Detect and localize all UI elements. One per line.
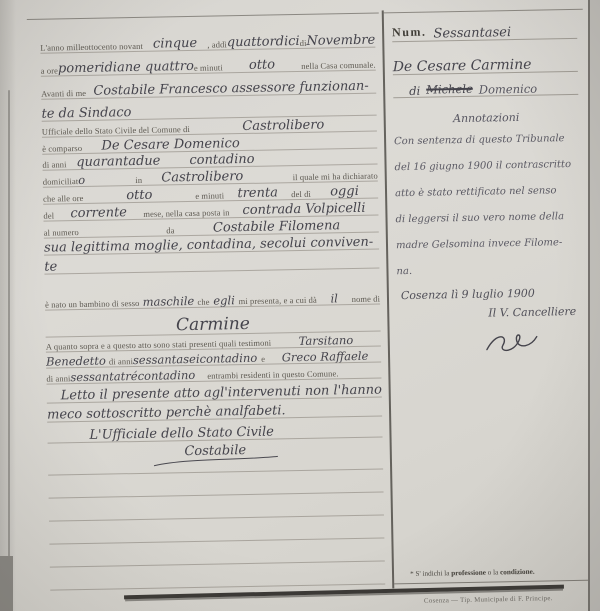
printed-text: che — [197, 297, 209, 306]
num-label: Num. — [392, 25, 427, 41]
handwritten-witness1-age: sessantasei — [133, 353, 200, 366]
printed-text: che alle ore — [43, 193, 84, 202]
clerk-signature-flourish-icon — [478, 327, 543, 358]
printed-text: Ufficiale dello Stato Civile del Comune … — [42, 124, 190, 135]
handwritten-filiation-prefix: di — [409, 85, 420, 97]
printed-text: e minuti — [195, 191, 224, 200]
printed-text: a ore — [41, 66, 58, 75]
printed-text: nella Casa comunale. — [301, 60, 376, 70]
handwritten-article: il — [317, 293, 352, 305]
empty-ruled-line — [50, 561, 385, 590]
printed-text: da — [166, 226, 174, 235]
handwritten-child-name: Carmine — [176, 316, 250, 334]
printed-text: al numero — [44, 228, 79, 237]
handwritten-birth-day: oggi — [311, 185, 378, 199]
printed-text: Avanti di me — [41, 88, 86, 97]
printed-text: del — [43, 211, 54, 220]
handwritten-minutes: otto — [223, 58, 302, 72]
scanner-margin-right — [590, 0, 600, 611]
printed-text: è comparso — [42, 143, 82, 152]
handwritten-birth-place: contrada Volpicelli — [229, 202, 378, 218]
printed-text: L'anno milleottocento novant — [40, 41, 143, 51]
handwritten-witness2-profession: contadino — [138, 369, 196, 382]
blank-space — [85, 184, 135, 185]
handwritten-witness1-surname: Tarsitano — [271, 334, 381, 348]
handwritten-month-word: corrente — [54, 206, 143, 221]
printed-text: il quale mi ha dichiarato — [293, 171, 378, 181]
footnote-bold-word: condizione. — [500, 568, 535, 577]
signature-flourish-area — [398, 326, 584, 364]
handwritten-witness1-name: Benedetto — [46, 355, 106, 368]
handwritten-official-title: te da Sindaco — [41, 106, 131, 121]
handwritten-witness1-profession: contadino — [199, 352, 257, 365]
clerk-signature: Il V. Cancelliere — [397, 305, 582, 321]
registered-name-row: De Cesare Carmine — [392, 39, 578, 75]
handwritten-declarant-name: De Cesare Domenico — [82, 137, 259, 153]
printed-text: di anni — [46, 374, 70, 383]
signature-underline-flourish-icon — [150, 455, 280, 466]
printed-text: domiciliat — [43, 177, 79, 186]
printed-text: mi presenta, e a cui dà — [238, 295, 316, 305]
printed-text: entrambi residenti in questo Comune. — [207, 369, 338, 380]
annotation-line: atto è stato rettificato nel senso — [395, 178, 580, 207]
annotation-line: madre Gelsomina invece Filome- — [396, 230, 581, 259]
printed-text: di anni — [42, 160, 66, 169]
printed-text: del dì — [291, 189, 311, 198]
handwritten-birth-hour: otto — [83, 188, 195, 203]
handwritten-act-number: Sessantasei — [433, 26, 511, 40]
footnote-text: S' indichi la — [415, 569, 449, 578]
annotation-text-block: Con sentenza di questo Tribunale del 16 … — [394, 126, 582, 285]
handwritten-month: Novembre — [306, 34, 375, 48]
footnote-bold-word: professione — [451, 569, 486, 578]
handwritten-suffix: o — [78, 174, 85, 186]
handwritten-registered-name: De Cesare Carmine — [393, 58, 532, 75]
handwritten-age: quarantadue — [66, 154, 170, 169]
printed-text: , addì — [207, 40, 227, 49]
annotation-line: del 16 giugno 1900 il contrascritto — [394, 152, 579, 181]
annotation-line: di leggersi il suo vero nome della — [395, 204, 580, 233]
act-line-newborn: è nato un bambino di sesso maschile che … — [44, 269, 380, 311]
handwritten-filiation-struck-name: Michele — [426, 83, 473, 95]
handwritten-word-end: te — [44, 260, 57, 273]
handwritten-sex: maschile — [139, 295, 197, 308]
printed-text: mese, nella casa posta in — [143, 208, 229, 218]
annotations-title: Annotazioni — [394, 110, 579, 126]
register-form: L'anno milleottocento novant cinque , ad… — [0, 0, 600, 611]
birth-act-body: L'anno milleottocento novant cinque , ad… — [27, 13, 389, 591]
margin-annotation-panel: Num. Sessantasei De Cesare Carmine di Mi… — [384, 9, 593, 585]
annotation-line: na. — [396, 256, 581, 285]
handwritten-year: cinque — [143, 37, 208, 51]
printed-text: nome di — [352, 294, 380, 303]
annotation-line: Con sentenza di questo Tribunale — [394, 126, 579, 155]
handwritten-witness2-name: Greco Raffaele — [269, 350, 381, 364]
handwritten-filiation-corrected-name: Domenico — [479, 83, 538, 96]
annotation-place-date: Cosenza lì 9 luglio 1900 — [397, 286, 582, 302]
footnote-star: * — [410, 570, 414, 578]
handwritten-domicile: Castrolibero — [142, 170, 263, 185]
handwritten-birth-minutes: trenta — [224, 186, 291, 200]
footnote-text: o la — [488, 568, 499, 576]
handwritten-witness2-age: sessantatré — [70, 370, 137, 383]
printed-text: di anni — [109, 357, 133, 366]
handwritten-profession: contadino — [170, 152, 274, 167]
printed-text: è nato un bambino di sesso — [45, 298, 140, 308]
handwritten-presenter: egli — [209, 295, 238, 307]
handwritten-official-role: L'Ufficiale dello Stato Civile — [89, 426, 274, 442]
printed-text: e minuti — [194, 63, 223, 72]
act-number-row: Num. Sessantasei — [392, 15, 577, 42]
handwritten-day: quattordici — [227, 35, 300, 49]
filiation-row: di Michele Domenico — [393, 72, 578, 98]
form-footnote: * S' indichi la professione o la condizi… — [410, 567, 589, 578]
handwritten-hour: pomeridiane quattro — [58, 60, 194, 75]
printed-text: e — [261, 354, 265, 363]
bottom-left-page-shadow — [0, 556, 13, 611]
